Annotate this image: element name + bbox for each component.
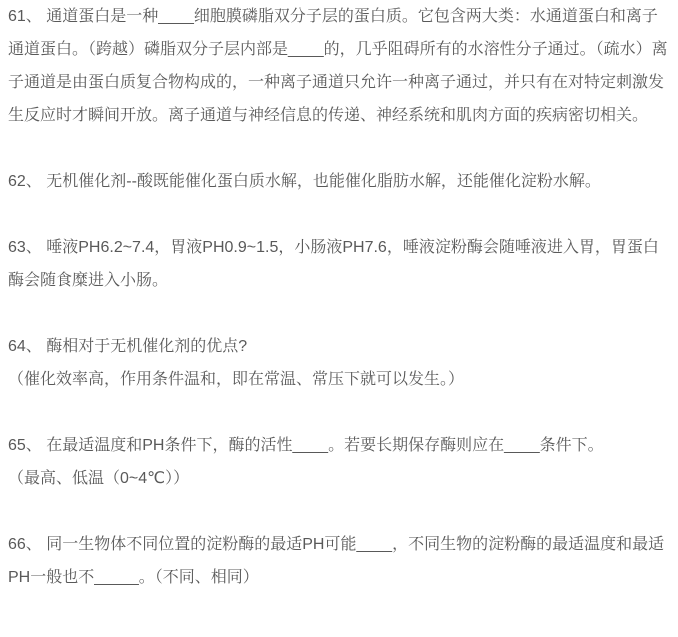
- question-text: 62、 无机催化剂--酸既能催化蛋白质水解，也能催化脂肪水解，还能催化淀粉水解。: [8, 165, 670, 198]
- question-text: 66、 同一生物体不同位置的淀粉酶的最适PH可能____，不同生物的淀粉酶的最适…: [8, 528, 670, 594]
- qa-item-62: 62、 无机催化剂--酸既能催化蛋白质水解，也能催化脂肪水解，还能催化淀粉水解。: [8, 165, 670, 198]
- question-text: 64、 酶相对于无机催化剂的优点?: [8, 330, 670, 363]
- document-body: 61、 通道蛋白是一种____细胞膜磷脂双分子层的蛋白质。它包含两大类：水通道蛋…: [0, 0, 678, 604]
- answer-text: （催化效率高，作用条件温和，即在常温、常压下就可以发生。）: [8, 363, 670, 396]
- qa-item-65: 65、 在最适温度和PH条件下，酶的活性____。若要长期保存酶则应在____条…: [8, 429, 670, 495]
- qa-item-64: 64、 酶相对于无机催化剂的优点? （催化效率高，作用条件温和，即在常温、常压下…: [8, 330, 670, 396]
- qa-item-63: 63、 唾液PH6.2~7.4，胃液PH0.9~1.5，小肠液PH7.6，唾液淀…: [8, 231, 670, 297]
- question-text: 65、 在最适温度和PH条件下，酶的活性____。若要长期保存酶则应在____条…: [8, 429, 670, 462]
- qa-item-66: 66、 同一生物体不同位置的淀粉酶的最适PH可能____，不同生物的淀粉酶的最适…: [8, 528, 670, 594]
- qa-item-61: 61、 通道蛋白是一种____细胞膜磷脂双分子层的蛋白质。它包含两大类：水通道蛋…: [8, 0, 670, 132]
- question-text: 63、 唾液PH6.2~7.4，胃液PH0.9~1.5，小肠液PH7.6，唾液淀…: [8, 231, 670, 297]
- answer-text: （最高、低温（0~4℃））: [8, 462, 670, 495]
- question-text: 61、 通道蛋白是一种____细胞膜磷脂双分子层的蛋白质。它包含两大类：水通道蛋…: [8, 0, 670, 132]
